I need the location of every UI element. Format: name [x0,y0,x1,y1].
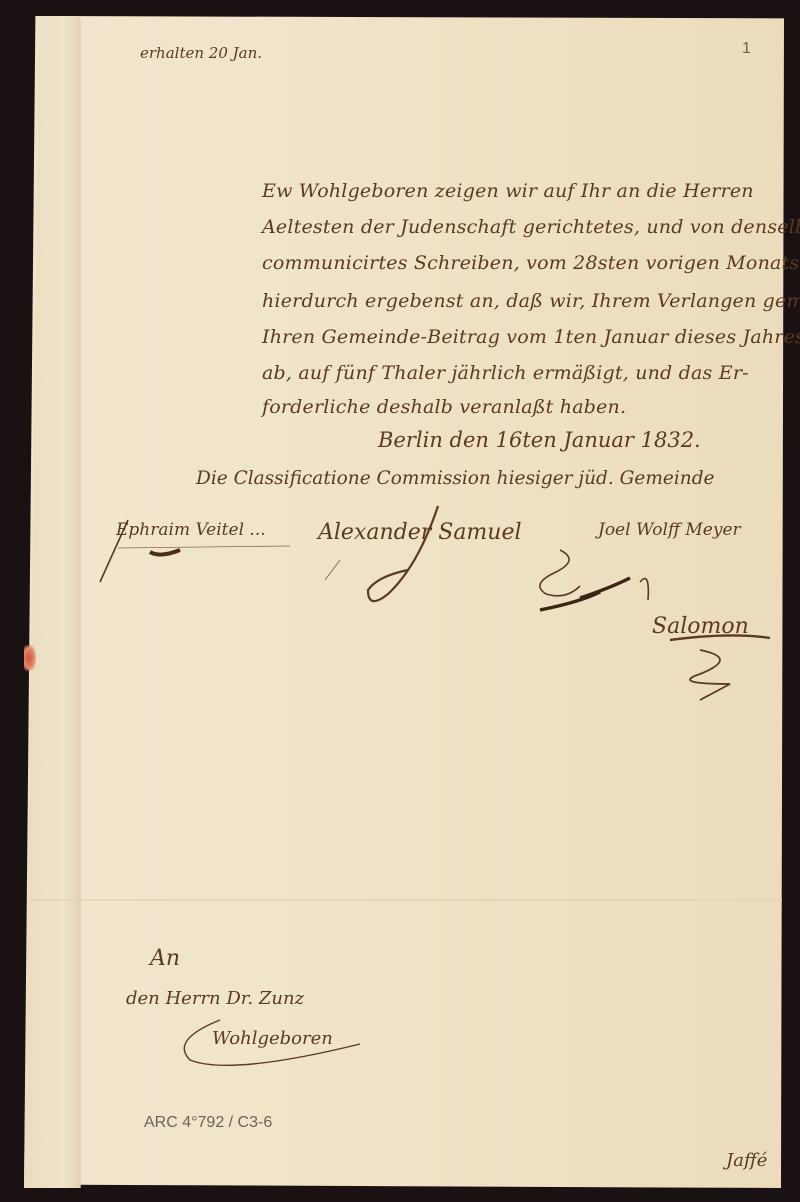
archive-shelfmark: ARC 4°792 / C3-6 [144,1114,272,1132]
address-flourish [0,0,800,1202]
corner-note: Jaffé [726,1150,767,1171]
